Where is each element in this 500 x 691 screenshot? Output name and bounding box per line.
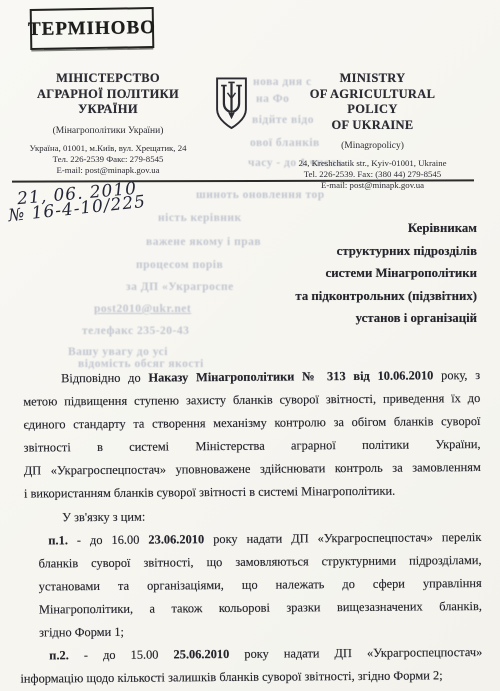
address-uk-line1: Україна, 01001, м.Київ, вул. Хрещатик, 2… [22, 143, 194, 154]
header-left-block: МІНІСТЕРСТВО АГРАРНОЇ ПОЛІТИКИ УКРАЇНИ (… [22, 71, 194, 176]
address-en-line1: 24, Kreshchatik str., Kyiv-01001, Ukrain… [290, 158, 455, 169]
ministry-address-en: 24, Kreshchatik str., Kyiv-01001, Ukrain… [290, 158, 455, 191]
ukraine-trident-icon [213, 76, 250, 132]
bleed-through-text: процесом порів [136, 259, 223, 271]
ministry-shortname-uk: (Мінагрополітики України) [22, 126, 194, 136]
body-paragraph: Відповідно до Наказу Мінагрополітики № 3… [23, 364, 481, 506]
recipient-line: та підконтрольних (підзвітних) [295, 285, 477, 308]
body-paragraph: п.1. - до 16.00 23.06.2010 року надати Д… [38, 526, 482, 645]
ministry-title-en-line3: OF UKRAINE [290, 118, 455, 134]
ministry-title-uk-line1: МІНІСТЕРСТВО [22, 71, 194, 87]
ministry-shortname-en: (Minagropolicy) [290, 141, 455, 151]
ministry-title-uk-line3: УКРАЇНИ [22, 102, 194, 118]
recipient-line: установ і організацій [295, 307, 477, 330]
ministry-title-uk-line2: АГРАРНОЇ ПОЛІТИКИ [22, 87, 194, 103]
address-uk-line2: Тел. 226-2539 Факс: 279-8545 [22, 154, 194, 165]
body-line: бланків суворої звітності, що замовляють… [38, 549, 481, 576]
bleed-through-text: ність керівник [158, 212, 242, 224]
body-line: інформацію щодо кількості залишків бланк… [20, 664, 482, 691]
ministry-title-en: MINISTRY OF AGRICULTURAL POLICY OF UKRAI… [290, 71, 455, 133]
bleed-through-text: Вашу увагу до усі [68, 346, 168, 358]
body-line: Мінагрополітики, а також кольорові зразк… [39, 595, 482, 622]
ministry-address-uk: Україна, 01001, м.Київ, вул. Хрещатик, 2… [22, 143, 194, 176]
urgent-stamp-label: ТЕРМІНОВО [28, 16, 156, 40]
scanned-letter-page: нова дня сна Фовідйте відоової бланківча… [0, 0, 500, 691]
body-line: ДП «Украгроспецпостач» уповноважене здій… [24, 456, 481, 483]
header-right-block: MINISTRY OF AGRICULTURAL POLICY OF UKRAI… [290, 71, 455, 191]
body-line: п.2. - до 15.00 25.06.2010 року надати Д… [39, 641, 482, 668]
recipient-line: структурних підрозділів [295, 240, 477, 263]
ministry-title-en-line2: OF AGRICULTURAL POLICY [290, 87, 455, 118]
body-line: згідно Форми 1; [39, 618, 482, 645]
bleed-through-text: на Фо [256, 93, 289, 105]
address-en-line2: Tel. 226-2539. Fax: (380 44) 279-8545 [290, 169, 455, 180]
ministry-title-en-line1: MINISTRY [290, 71, 455, 87]
bleed-through-text: за ДП «Украгроспе [126, 281, 234, 293]
recipient-line: системи Мінагрополітики [295, 262, 477, 285]
address-uk-line3: E-mail: post@minapk.gov.ua [22, 165, 194, 176]
urgent-stamp: ТЕРМІНОВО [30, 7, 155, 50]
body-text: Відповідно до Наказу Мінагрополітики № 3… [23, 364, 483, 691]
body-line: установами та організаціями, що належать… [39, 572, 482, 599]
ministry-title-uk: МІНІСТЕРСТВО АГРАРНОЇ ПОЛІТИКИ УКРАЇНИ [22, 71, 194, 118]
body-line: п.1. - до 16.00 23.06.2010 року надати Д… [38, 526, 481, 553]
recipient-block: Керівникам структурних підрозділів систе… [295, 217, 477, 330]
bleed-through-text: важене якому і прав [146, 236, 261, 248]
body-paragraph: п.2. - до 15.00 25.06.2010 року надати Д… [39, 641, 482, 691]
bleed-through-text: post2010@ukr.net [94, 303, 191, 315]
bleed-through-text: телефакс 235-20-43 [82, 325, 189, 337]
recipient-line: Керівникам [295, 217, 477, 240]
